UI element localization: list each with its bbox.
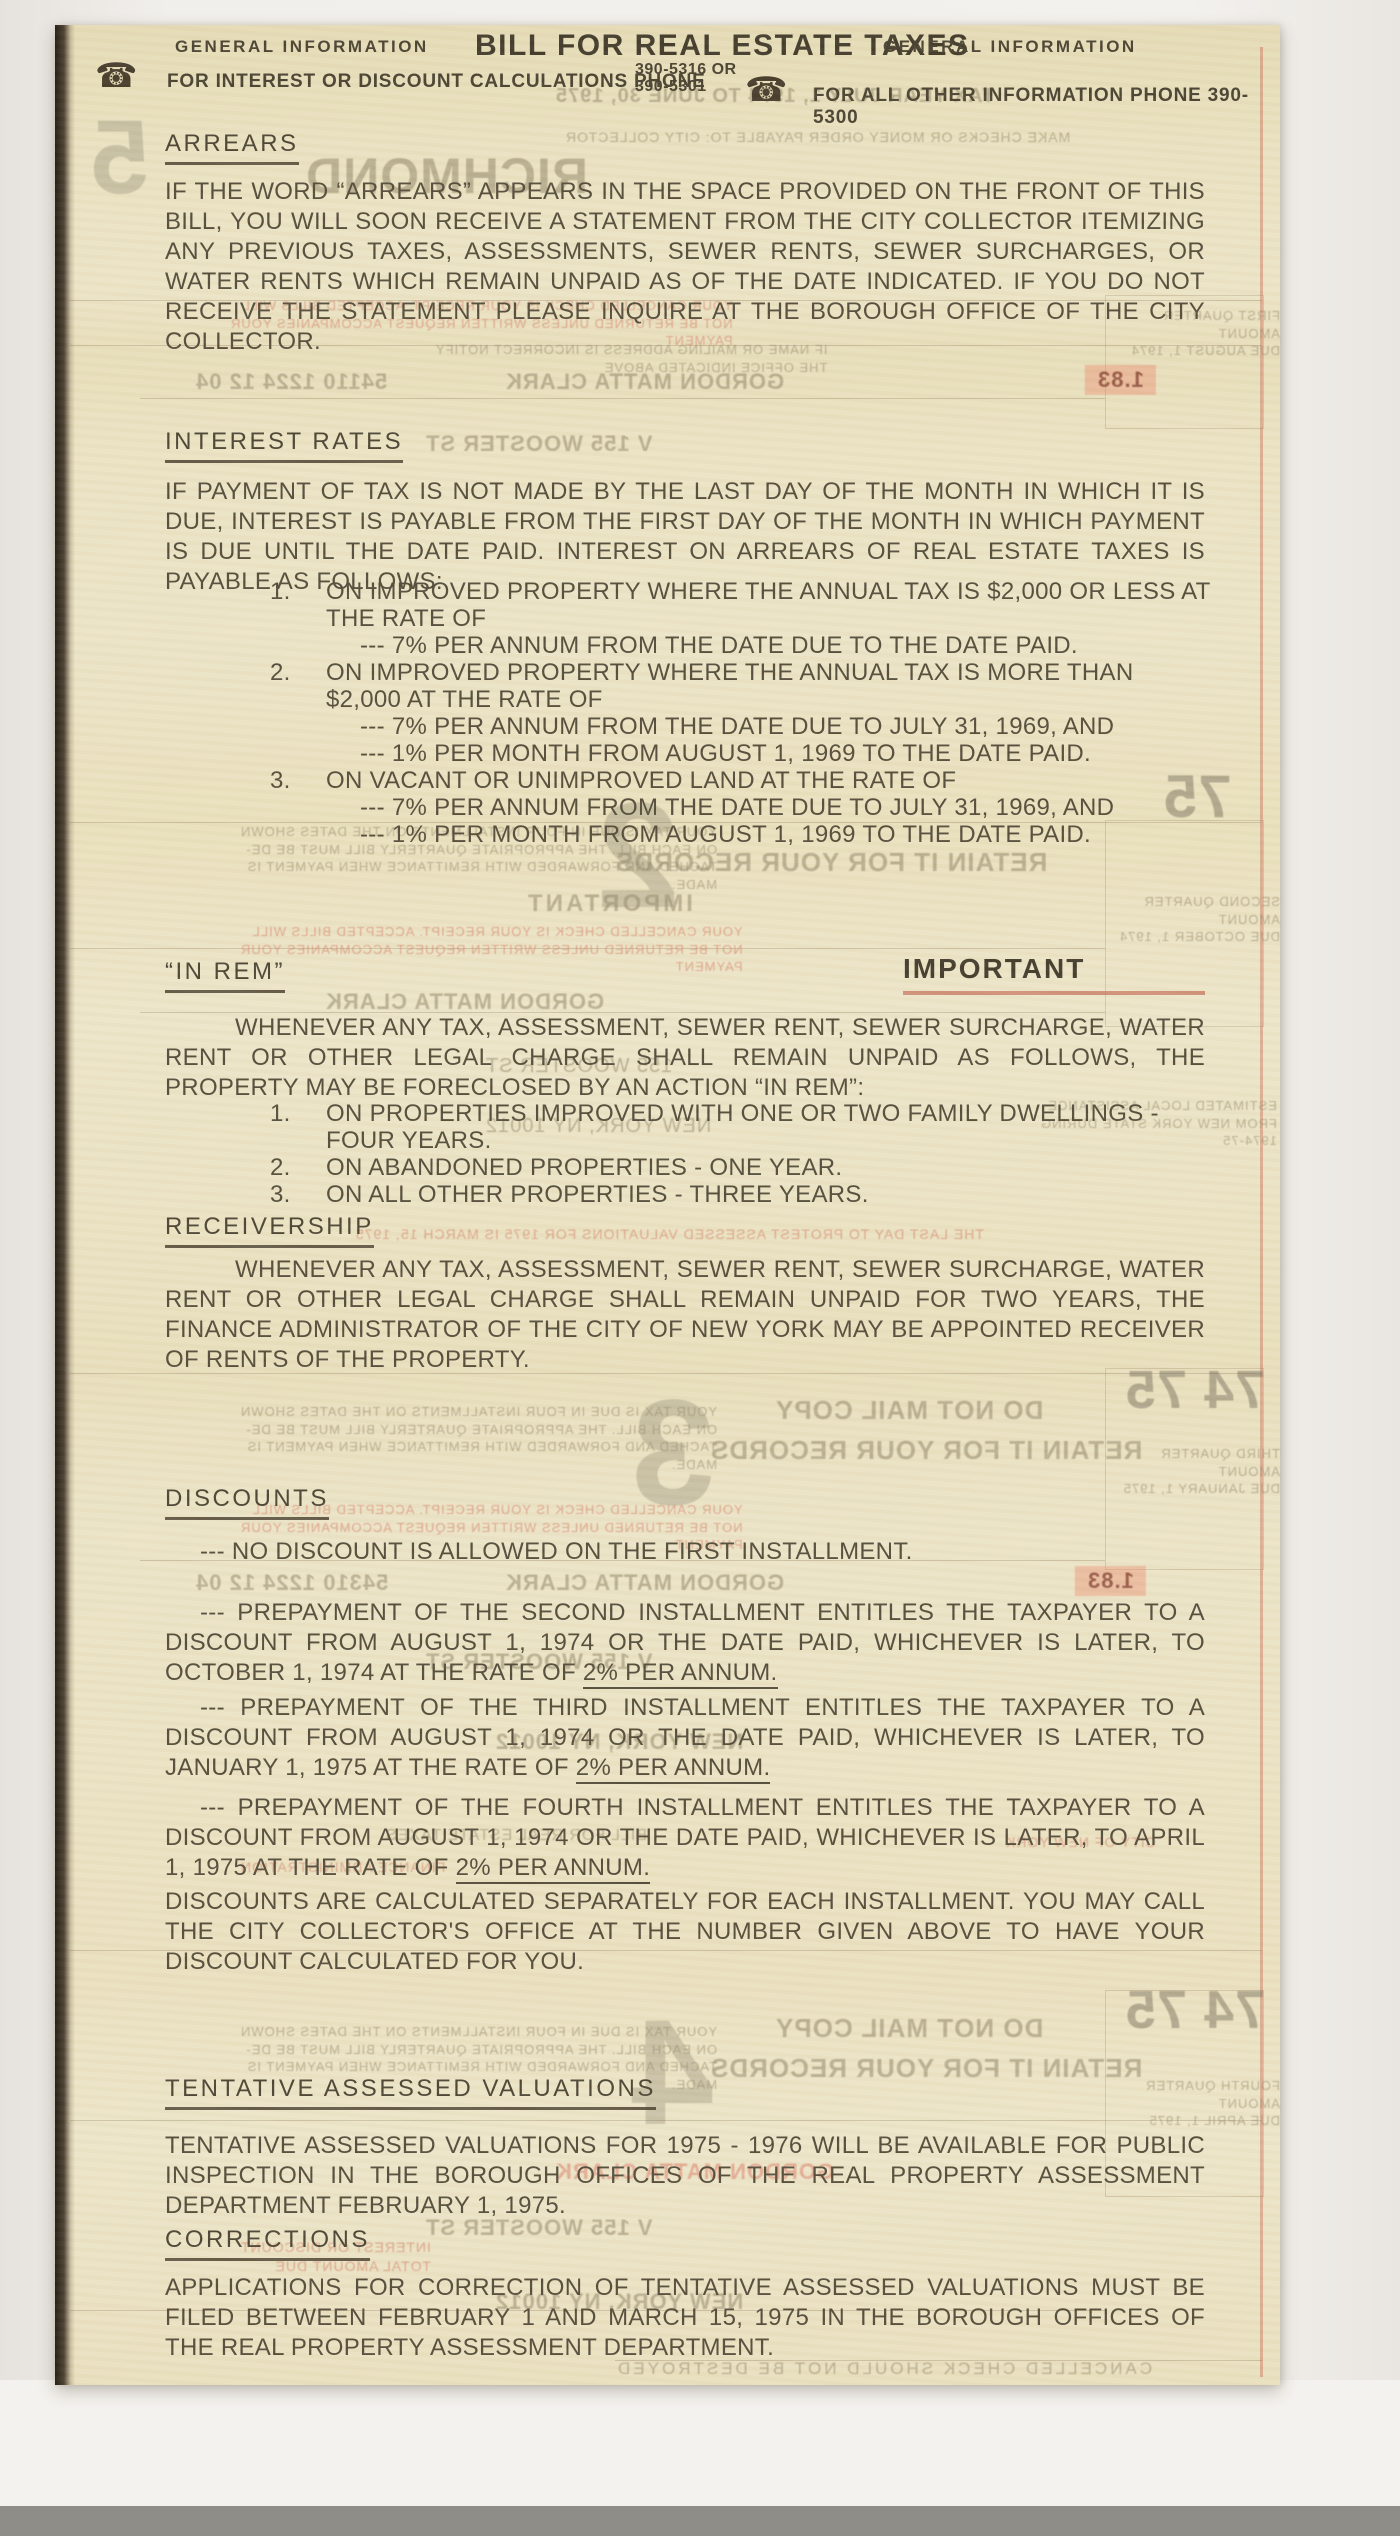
divider <box>70 948 1105 949</box>
showthrough-text: MAKE CHECKS OR MONEY ORDER PAYABLE TO: C… <box>565 128 1070 147</box>
showthrough-text: THE LAST DAY TO PROTEST ASSESSED VALUATI… <box>355 1225 984 1244</box>
list-subitem: --- 7% PER ANNUM FROM THE DATE DUE TO TH… <box>270 632 1215 659</box>
showthrough-numeral: 4 <box>630 1997 714 2147</box>
discount-calculated-para: DISCOUNTS ARE CALCULATED SEPARATELY FOR … <box>165 1887 1205 1977</box>
phone-right-text: FOR ALL OTHER INFORMATION PHONE 390-5300 <box>813 85 1280 129</box>
discount-fourth-para: --- PREPAYMENT OF THE FOURTH INSTALLMENT… <box>165 1793 1205 1883</box>
showthrough-text: RETAIN IT FOR YOUR RECORDS <box>710 2051 1142 2086</box>
showthrough-text: DO NOT MAIL COPY <box>775 1393 1043 1428</box>
showthrough-text: YOUR TAX IS DUE IN FOUR INSTALLMENTS ON … <box>240 1403 717 1473</box>
showthrough-text: 54310 1224 12 04 <box>195 1568 388 1598</box>
list-item: 3.ON VACANT OR UNIMPROVED LAND AT THE RA… <box>270 767 1215 794</box>
discount-second-para: --- PREPAYMENT OF THE SECOND INSTALLMENT… <box>165 1598 1205 1688</box>
showthrough-text: IMPORTANT <box>525 888 693 920</box>
showthrough-amount: 1.83 <box>1075 1566 1146 1596</box>
discount-third-para: --- PREPAYMENT OF THE THIRD INSTALLMENT … <box>165 1693 1205 1783</box>
section-receivership-body: WHENEVER ANY TAX, ASSESSMENT, SEWER RENT… <box>165 1255 1205 1375</box>
section-inrem-intro: WHENEVER ANY TAX, ASSESSMENT, SEWER RENT… <box>165 1013 1205 1103</box>
showthrough-text: V 155 WOOSTER ST <box>425 429 653 459</box>
section-receivership-heading: RECEIVERSHIP <box>165 1213 374 1248</box>
header-right-label: GENERAL INFORMATION <box>883 37 1137 57</box>
section-discounts-heading: DISCOUNTS <box>165 1485 329 1520</box>
phone-left-numbers: 390-5316 OR 390-5301 <box>635 61 737 95</box>
section-corrections-heading: CORRECTIONS <box>165 2226 370 2261</box>
showthrough-text: DO NOT MAIL COPY <box>775 2011 1043 2046</box>
rotary-phone-icon: ☎ <box>95 59 137 93</box>
showthrough-text: YOUR CANCELLED CHECK IS YOUR RECEIPT. AC… <box>240 923 743 976</box>
showthrough-text: RETAIN IT FOR YOUR RECORDS <box>710 1433 1142 1468</box>
list-subitem: --- 1% PER MONTH FROM AUGUST 1, 1969 TO … <box>270 821 1215 848</box>
discount-first-line: --- NO DISCOUNT IS ALLOWED ON THE FIRST … <box>165 1537 1205 1567</box>
rotary-phone-icon: ☎ <box>745 73 787 107</box>
section-inrem-heading: “IN REM” <box>165 958 285 993</box>
section-tentative-body: TENTATIVE ASSESSED VALUATIONS FOR 1975 -… <box>165 2131 1205 2221</box>
section-interest-heading: INTEREST RATES <box>165 428 403 463</box>
list-item: 3.ON ALL OTHER PROPERTIES - THREE YEARS. <box>270 1181 1215 1208</box>
showthrough-numeral: 3 <box>630 1377 714 1527</box>
divider <box>70 2120 1262 2121</box>
list-subitem: --- 7% PER ANNUM FROM THE DATE DUE TO JU… <box>270 713 1215 740</box>
list-item: 1.ON IMPROVED PROPERTY WHERE THE ANNUAL … <box>270 578 1215 632</box>
showthrough-text: RETAIN IT FOR YOUR RECORDS <box>615 845 1047 880</box>
header-left-label: GENERAL INFORMATION <box>175 37 429 57</box>
list-subitem: --- 7% PER ANNUM FROM THE DATE DUE TO JU… <box>270 794 1215 821</box>
section-arrears-heading: ARREARS <box>165 130 299 165</box>
list-subitem: --- 1% PER MONTH FROM AUGUST 1, 1969 TO … <box>270 740 1215 767</box>
important-label: IMPORTANT <box>903 953 1205 995</box>
list-item: 1.ON PROPERTIES IMPROVED WITH ONE OR TWO… <box>270 1100 1215 1154</box>
section-arrears-body: IF THE WORD “ARREARS” APPEARS IN THE SPA… <box>165 177 1205 357</box>
showthrough-text: GORDON MATTA CLARK <box>505 1568 784 1598</box>
document-paper: RICHMOND 5 TAX YEAR JULY 1, 1974 TO JUNE… <box>55 25 1280 2385</box>
showthrough-numeral: 5 <box>90 105 149 210</box>
list-item: 2.ON IMPROVED PROPERTY WHERE THE ANNUAL … <box>270 659 1215 713</box>
divider <box>140 398 1105 399</box>
inrem-list: 1.ON PROPERTIES IMPROVED WITH ONE OR TWO… <box>270 1100 1215 1208</box>
form-box <box>1105 820 1264 1027</box>
showthrough-text: GORDON MATTA CLARK <box>505 367 784 397</box>
list-item: 2.ON ABANDONED PROPERTIES - ONE YEAR. <box>270 1154 1215 1181</box>
scanned-tax-bill-photo: { "colors": {"paper":"#eae2c1","ink":"#5… <box>0 0 1400 2536</box>
phone-left-text: FOR INTEREST OR DISCOUNT CALCULATIONS PH… <box>167 71 706 93</box>
showthrough-text: 54110 1224 12 04 <box>195 367 387 397</box>
section-tentative-heading: TENTATIVE ASSESSED VALUATIONS <box>165 2075 656 2110</box>
interest-rate-list: 1.ON IMPROVED PROPERTY WHERE THE ANNUAL … <box>270 578 1215 848</box>
section-corrections-body: APPLICATIONS FOR CORRECTION OF TENTATIVE… <box>165 2273 1205 2363</box>
scan-background-strip <box>0 2506 1400 2536</box>
torn-left-edge <box>55 25 75 2385</box>
backing-paper <box>0 2380 1400 2510</box>
